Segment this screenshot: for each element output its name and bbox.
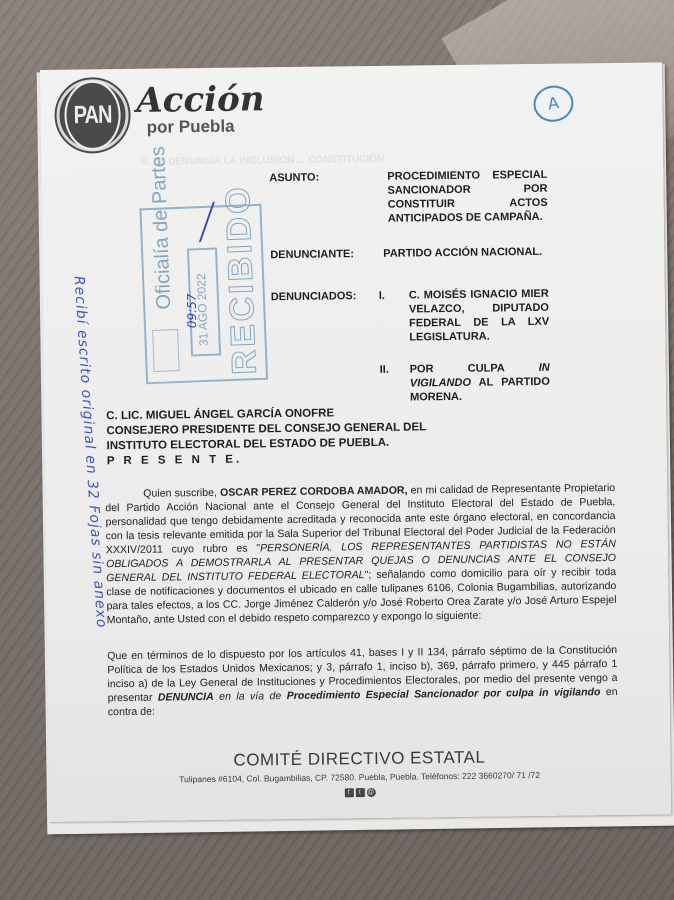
iee-emblem-icon	[152, 329, 180, 372]
letterhead-footer: COMITÉ DIRECTIVO ESTATAL Tulipanes #6104…	[40, 62, 662, 70]
stamp-time: 09:57	[185, 293, 199, 328]
brand: Acción por Puebla	[136, 81, 265, 137]
addressee-presente: P R E S E N T E.	[107, 450, 427, 469]
paragraph-intro: Quien suscribe, OSCAR PEREZ CORDOBA AMAD…	[105, 481, 617, 627]
denunciado-item: I. C. MOISÉS IGNACIO MIER VELAZCO, DIPUT…	[379, 287, 559, 289]
bleed-through-text: II. SE DENUNCIA LA INCLUSIÓN ... CONSTIT…	[141, 154, 384, 168]
brand-script: Acción	[136, 81, 265, 119]
item-number: II.	[380, 363, 389, 377]
denunciados-label: DENUNCIADOS:	[271, 289, 357, 304]
web-icon: @	[366, 788, 375, 797]
stamp-office: Oficialía de Partes	[147, 146, 175, 310]
stamp-status: RECIBIDO	[219, 184, 265, 376]
pan-logo: PAN Acción por Puebla	[56, 77, 265, 152]
denunciante-label: DENUNCIANTE:	[270, 247, 354, 262]
pan-emblem: PAN	[56, 79, 129, 152]
paragraph-legal-basis: Que en términos de lo dispuesto por los …	[107, 643, 618, 719]
asunto-label: ASUNTO:	[269, 171, 319, 186]
document-page: II. SE DENUNCIA LA INCLUSIÓN ... CONSTIT…	[40, 62, 671, 822]
facebook-icon: f	[344, 788, 353, 797]
social-icons: f t @	[49, 784, 671, 801]
brand-sub: por Puebla	[147, 117, 265, 136]
item-number: I.	[379, 289, 385, 303]
twitter-icon: t	[355, 788, 364, 797]
pan-emblem-text: PAN	[64, 80, 121, 151]
handwritten-margin-note: Recibí escrito original en 32 Fojas sin …	[71, 275, 110, 628]
addressee-block: C. LIC. MIGUEL ÁNGEL GARCÍA ONOFRE CONSE…	[106, 405, 426, 469]
denunciante-value: PARTIDO ACCIÓN NACIONAL.	[383, 244, 583, 260]
page-mark: A	[531, 83, 576, 125]
item-text: C. MOISÉS IGNACIO MIER VELAZCO, DIPUTADO…	[409, 287, 550, 345]
asunto-value: PROCEDIMIENTO ESPECIAL SANCIONADOR POR C…	[387, 168, 548, 226]
denunciado-item: II. POR CULPA IN VIGILANDO AL PARTIDO MO…	[380, 361, 560, 363]
item-text: POR CULPA IN VIGILANDO AL PARTIDO MORENA…	[410, 361, 551, 405]
